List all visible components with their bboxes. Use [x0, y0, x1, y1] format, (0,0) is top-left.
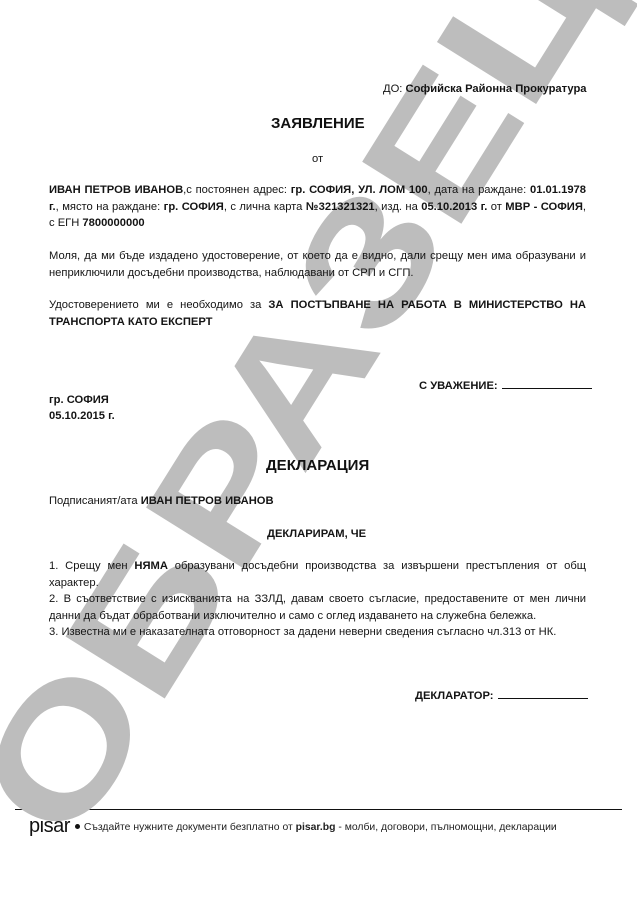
signature-line — [502, 376, 592, 389]
place: гр. СОФИЯ — [49, 392, 109, 408]
signatory-name: ИВАН ПЕТРОВ ИВАНОВ — [141, 495, 274, 507]
declarant-label: ДЕКЛАРАТОР: — [415, 690, 494, 702]
item-1-bold: НЯМА — [134, 560, 168, 572]
declarant-signature-line — [498, 686, 588, 699]
regards-line: С УВАЖЕНИЕ: — [419, 376, 592, 394]
signatory-line: Подписаният/ата ИВАН ПЕТРОВ ИВАНОВ — [49, 493, 274, 509]
applicant-address: гр. СОФИЯ, УЛ. ЛОМ 100 — [291, 184, 428, 196]
document-title: ЗАЯВЛЕНИЕ — [271, 115, 365, 132]
birth-place: гр. СОФИЯ — [164, 201, 224, 213]
addressee: Софийска Районна Прокуратура — [406, 83, 587, 95]
document-page: ОБРАЗЕЦ ДО: Софийска Районна Прокуратура… — [0, 0, 637, 900]
birth-place-label: , място на раждане: — [56, 201, 164, 213]
id-card-label: , с лична карта — [224, 201, 306, 213]
issued-date: 05.10.2013 г. — [421, 201, 487, 213]
applicant-name: ИВАН ПЕТРОВ ИВАНОВ — [49, 184, 183, 196]
purpose-label: Удостоверението ми е необходимо за — [49, 299, 268, 311]
declaration-item-2: 2. В съответствие с изискванията на ЗЗЛД… — [49, 591, 586, 624]
addressee-line: ДО: Софийска Районна Прокуратура — [383, 81, 587, 97]
declaration-item-1: 1. Срещу мен НЯМА образувани досъдебни п… — [49, 558, 586, 591]
declaration-item-3: 3. Известна ми е наказателната отговорно… — [49, 624, 586, 641]
address-label: ,с постоянен адрес: — [183, 184, 291, 196]
issued-by-label: от — [487, 201, 505, 213]
purpose-paragraph: Удостоверението ми е необходимо за ЗА ПО… — [49, 297, 586, 330]
regards-label: С УВАЖЕНИЕ: — [419, 380, 498, 392]
birth-date-label: , дата на раждане: — [428, 184, 530, 196]
issued-by: МВР - СОФИЯ — [505, 201, 583, 213]
issued-label: , изд. на — [375, 201, 422, 213]
from-label: от — [312, 151, 323, 167]
declarant-line: ДЕКЛАРАТОР: — [415, 686, 588, 704]
item-1-prefix: 1. Срещу мен — [49, 560, 134, 572]
declare-heading: ДЕКЛАРИРАМ, ЧЕ — [267, 526, 366, 542]
id-card-number: №321321321 — [306, 201, 375, 213]
egn: 7800000000 — [82, 217, 144, 229]
addressee-prefix: ДО: — [383, 83, 402, 95]
document-content: ДО: Софийска Районна Прокуратура ЗАЯВЛЕН… — [0, 0, 637, 900]
request-paragraph: Моля, да ми бъде издадено удостоверение,… — [49, 248, 586, 281]
signatory-label: Подписаният/ата — [49, 495, 141, 507]
applicant-paragraph: ИВАН ПЕТРОВ ИВАНОВ,с постоянен адрес: гр… — [49, 182, 586, 232]
date: 05.10.2015 г. — [49, 408, 115, 424]
declaration-title: ДЕКЛАРАЦИЯ — [266, 457, 369, 474]
